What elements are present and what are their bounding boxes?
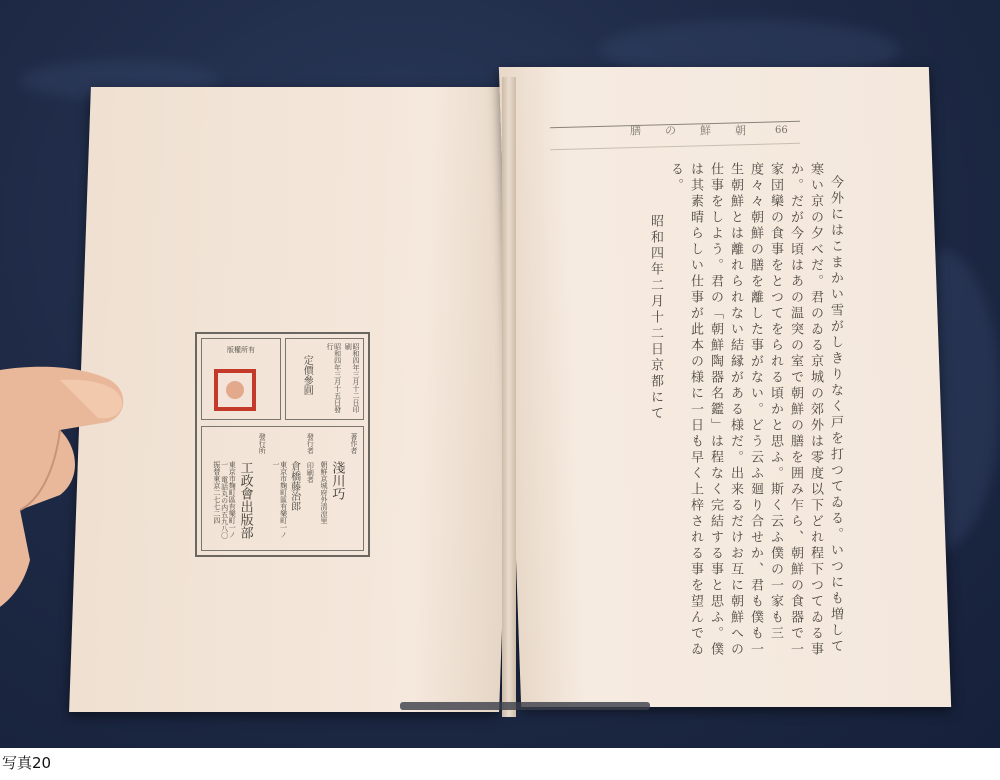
- running-head-char: 鮮: [700, 122, 711, 138]
- author-label: 著作者: [349, 433, 357, 544]
- issue-date: 昭和四年三月十五日發行: [325, 343, 340, 415]
- photo-caption: 写真20: [2, 752, 51, 773]
- worn-bottom-edge: [400, 702, 650, 710]
- colophon-box: 版權所有 昭和四年三月十二日印刷 昭和四年三月十五日發行 定價參圓 著作者 淺川…: [195, 332, 370, 557]
- author-address: 朝鮮京城府外清涼里: [319, 461, 327, 544]
- publisher-name: 倉橋藤治郎: [289, 461, 300, 544]
- running-head: 膳 の 鮮 朝: [630, 122, 746, 138]
- issuer-label: 發行所: [258, 433, 266, 544]
- publisher-label: 發行者 印刷者: [306, 433, 314, 544]
- hand: [0, 360, 170, 620]
- paragraph: 今外にはこまかい雪がしきりなく戸を打つてゐる。いつにも増して寒い京の夕べだ。君の…: [665, 162, 845, 662]
- publication-info-box: 著作者 淺川巧 朝鮮京城府外清涼里 發行者 印刷者 倉橋藤治郎 東京市麹町區有樂…: [201, 426, 364, 551]
- issuer-name: 工政會出版部: [237, 461, 251, 544]
- open-book: 版權所有 昭和四年三月十二日印刷 昭和四年三月十五日發行 定價參圓 著作者 淺川…: [70, 62, 960, 722]
- book-photo: 版權所有 昭和四年三月十二日印刷 昭和四年三月十五日發行 定價參圓 著作者 淺川…: [0, 0, 1000, 748]
- seal-box: 版權所有: [201, 338, 281, 420]
- running-head-char: 朝: [735, 122, 746, 138]
- running-head-char: 膳: [630, 122, 641, 138]
- page-body-text: 今外にはこまかい雪がしきりなく戸を打つてゐる。いつにも増して寒い京の夕べだ。君の…: [555, 162, 845, 662]
- running-head-char: の: [665, 122, 676, 138]
- author-name: 淺川巧: [329, 461, 343, 544]
- date-line: 昭和四年二月十二日京都にて: [645, 162, 665, 662]
- page-number: 66: [775, 125, 788, 136]
- print-date: 昭和四年三月十二日印刷: [344, 343, 359, 415]
- publisher-address: 東京市麹町區有樂町一ノ一: [271, 461, 286, 544]
- book-spine: [502, 77, 516, 717]
- price: 定價參圓: [301, 355, 312, 415]
- issuer-address: 東京市麹町區有樂町一ノ一 電話丸の内五九八〇 振替東京二七七二四: [212, 461, 235, 544]
- red-seal-icon: [214, 369, 256, 411]
- date-price-box: 昭和四年三月十二日印刷 昭和四年三月十五日發行 定價參圓: [285, 338, 364, 420]
- seal-label: 版權所有: [202, 345, 280, 355]
